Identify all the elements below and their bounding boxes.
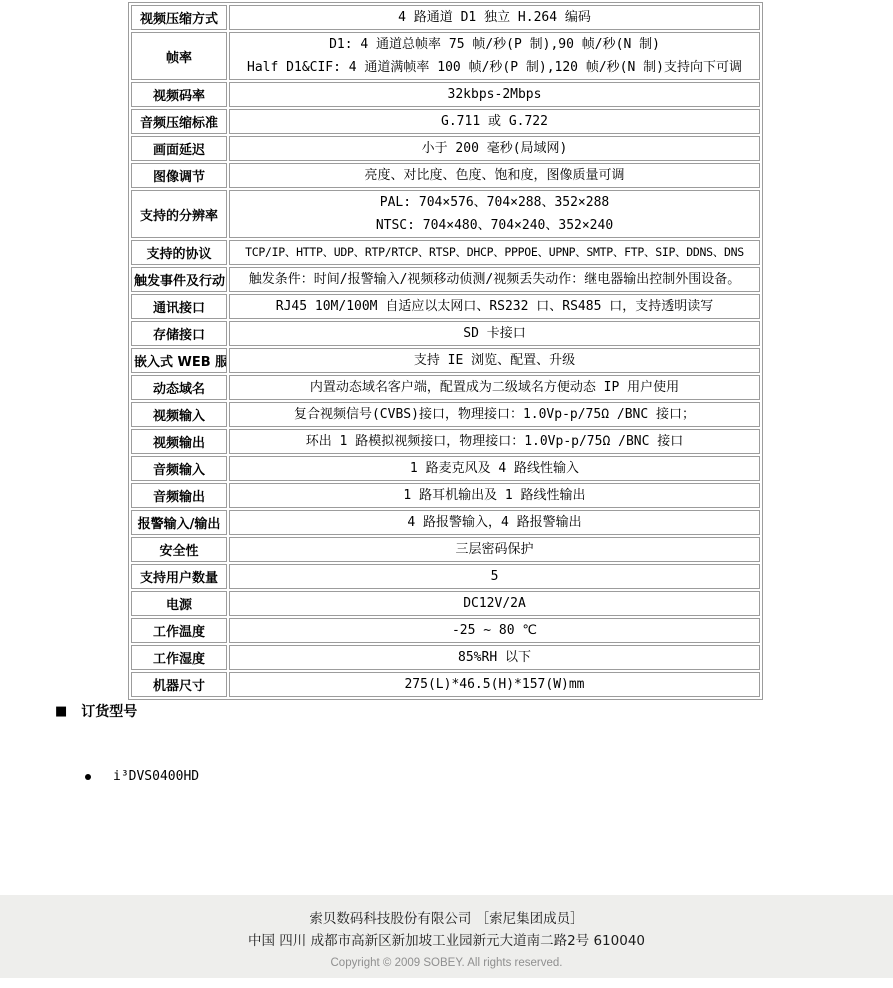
spec-row: 工作湿度85%RH 以下 <box>131 645 760 670</box>
square-bullet-icon: ■ <box>55 705 67 718</box>
order-section-heading: ■ 订货型号 <box>55 701 137 721</box>
spec-row-label: 存储接口 <box>131 321 227 346</box>
spec-row-label: 帧率 <box>131 32 227 80</box>
order-model-item: i³DVS0400HD <box>85 769 199 784</box>
spec-row-label: 音频压缩标准 <box>131 109 227 134</box>
spec-row: 支持的协议TCP/IP、HTTP、UDP、RTP/RTCP、RTSP、DHCP、… <box>131 240 760 265</box>
spec-row-value: 1 路麦克风及 4 路线性输入 <box>229 456 760 481</box>
spec-row-value: D1: 4 通道总帧率 75 帧/秒(P 制),90 帧/秒(N 制)Half … <box>229 32 760 80</box>
spec-row-value: 内置动态域名客户端，配置成为二级域名方便动态 IP 用户使用 <box>229 375 760 400</box>
spec-row-value: 1 路耳机输出及 1 路线性输出 <box>229 483 760 508</box>
spec-row-value: -25 ~ 80 ℃ <box>229 618 760 643</box>
spec-row: 嵌入式 WEB 服务支持 IE 浏览、配置、升级 <box>131 348 760 373</box>
spec-row: 存储接口SD 卡接口 <box>131 321 760 346</box>
spec-row: 支持用户数量5 <box>131 564 760 589</box>
spec-row-value: RJ45 10M/100M 自适应以太网口、RS232 口、RS485 口，支持… <box>229 294 760 319</box>
spec-row-label: 报警输入/输出 <box>131 510 227 535</box>
spec-row-value: 环出 1 路模拟视频接口，物理接口：1.0Vp-p/75Ω /BNC 接口 <box>229 429 760 454</box>
spec-page: 视频压缩方式4 路通道 D1 独立 H.264 编码帧率D1: 4 通道总帧率 … <box>0 0 893 988</box>
spec-row: 音频输出1 路耳机输出及 1 路线性输出 <box>131 483 760 508</box>
spec-row-value: 85%RH 以下 <box>229 645 760 670</box>
spec-row-label: 机器尺寸 <box>131 672 227 697</box>
spec-row-value: G.711 或 G.722 <box>229 109 760 134</box>
spec-row: 机器尺寸275(L)*46.5(H)*157(W)mm <box>131 672 760 697</box>
spec-row-value: TCP/IP、HTTP、UDP、RTP/RTCP、RTSP、DHCP、PPPOE… <box>229 240 760 265</box>
page-footer: 索贝数码科技股份有限公司 ［索尼集团成员］ 中国 四川 成都市高新区新加坡工业园… <box>0 895 893 978</box>
spec-row: 动态域名内置动态域名客户端，配置成为二级域名方便动态 IP 用户使用 <box>131 375 760 400</box>
spec-row-label: 视频输入 <box>131 402 227 427</box>
footer-copyright: Copyright © 2009 SOBEY. All rights reser… <box>0 953 893 974</box>
spec-row-value: 32kbps-2Mbps <box>229 82 760 107</box>
spec-row-label: 电源 <box>131 591 227 616</box>
spec-row-label: 支持的分辨率 <box>131 190 227 238</box>
spec-table-body: 视频压缩方式4 路通道 D1 独立 H.264 编码帧率D1: 4 通道总帧率 … <box>131 5 760 697</box>
spec-row-label: 工作湿度 <box>131 645 227 670</box>
spec-row-label: 支持用户数量 <box>131 564 227 589</box>
spec-row-label: 触发事件及行动 <box>131 267 227 292</box>
list-bullet-icon <box>85 774 91 780</box>
spec-row-label: 画面延迟 <box>131 136 227 161</box>
spec-row-value: 复合视频信号(CVBS)接口，物理接口：1.0Vp-p/75Ω /BNC 接口； <box>229 402 760 427</box>
order-model-list: i³DVS0400HD <box>85 769 199 784</box>
spec-row: 报警输入/输出4 路报警输入，4 路报警输出 <box>131 510 760 535</box>
spec-row-label: 视频输出 <box>131 429 227 454</box>
spec-row: 视频输出环出 1 路模拟视频接口，物理接口：1.0Vp-p/75Ω /BNC 接… <box>131 429 760 454</box>
spec-row: 安全性三层密码保护 <box>131 537 760 562</box>
spec-row-value: DC12V/2A <box>229 591 760 616</box>
spec-row: 帧率D1: 4 通道总帧率 75 帧/秒(P 制),90 帧/秒(N 制)Hal… <box>131 32 760 80</box>
spec-row: 视频压缩方式4 路通道 D1 独立 H.264 编码 <box>131 5 760 30</box>
spec-row: 图像调节亮度、对比度、色度、饱和度，图像质量可调 <box>131 163 760 188</box>
spec-row-value: PAL: 704×576、704×288、352×288NTSC: 704×48… <box>229 190 760 238</box>
spec-row-value: SD 卡接口 <box>229 321 760 346</box>
spec-row-label: 视频压缩方式 <box>131 5 227 30</box>
spec-row: 音频压缩标准G.711 或 G.722 <box>131 109 760 134</box>
order-section-title: 订货型号 <box>81 701 137 721</box>
spec-row-label: 安全性 <box>131 537 227 562</box>
spec-row: 视频输入复合视频信号(CVBS)接口，物理接口：1.0Vp-p/75Ω /BNC… <box>131 402 760 427</box>
spec-row-label: 工作温度 <box>131 618 227 643</box>
spec-row: 电源DC12V/2A <box>131 591 760 616</box>
spec-row-value: 亮度、对比度、色度、饱和度，图像质量可调 <box>229 163 760 188</box>
spec-row-value: 三层密码保护 <box>229 537 760 562</box>
spec-row-value: 小于 200 毫秒(局域网) <box>229 136 760 161</box>
spec-row-label: 嵌入式 WEB 服务 <box>131 348 227 373</box>
spec-row-label: 视频码率 <box>131 82 227 107</box>
spec-row: 工作温度-25 ~ 80 ℃ <box>131 618 760 643</box>
spec-row-label: 动态域名 <box>131 375 227 400</box>
footer-address: 中国 四川 成都市高新区新加坡工业园新元大道南二路2号 610040 <box>0 930 893 953</box>
spec-row-value: 支持 IE 浏览、配置、升级 <box>229 348 760 373</box>
spec-row-value: 4 路通道 D1 独立 H.264 编码 <box>229 5 760 30</box>
spec-row-value: 触发条件：时间/报警输入/视频移动侦测/视频丢失动作：继电器输出控制外围设备。 <box>229 267 760 292</box>
footer-company: 索贝数码科技股份有限公司 ［索尼集团成员］ <box>0 908 893 930</box>
spec-row-value: 4 路报警输入，4 路报警输出 <box>229 510 760 535</box>
spec-row: 支持的分辨率PAL: 704×576、704×288、352×288NTSC: … <box>131 190 760 238</box>
spec-row: 视频码率32kbps-2Mbps <box>131 82 760 107</box>
spec-row-label: 图像调节 <box>131 163 227 188</box>
spec-row: 音频输入1 路麦克风及 4 路线性输入 <box>131 456 760 481</box>
spec-row-label: 支持的协议 <box>131 240 227 265</box>
spec-row-label: 音频输出 <box>131 483 227 508</box>
spec-row-value: 5 <box>229 564 760 589</box>
spec-row-label: 音频输入 <box>131 456 227 481</box>
spec-row: 画面延迟小于 200 毫秒(局域网) <box>131 136 760 161</box>
spec-row: 触发事件及行动触发条件：时间/报警输入/视频移动侦测/视频丢失动作：继电器输出控… <box>131 267 760 292</box>
order-model-text: i³DVS0400HD <box>113 769 199 784</box>
spec-row-label: 通讯接口 <box>131 294 227 319</box>
spec-row-value: 275(L)*46.5(H)*157(W)mm <box>229 672 760 697</box>
spec-row: 通讯接口RJ45 10M/100M 自适应以太网口、RS232 口、RS485 … <box>131 294 760 319</box>
spec-table: 视频压缩方式4 路通道 D1 独立 H.264 编码帧率D1: 4 通道总帧率 … <box>128 2 763 700</box>
